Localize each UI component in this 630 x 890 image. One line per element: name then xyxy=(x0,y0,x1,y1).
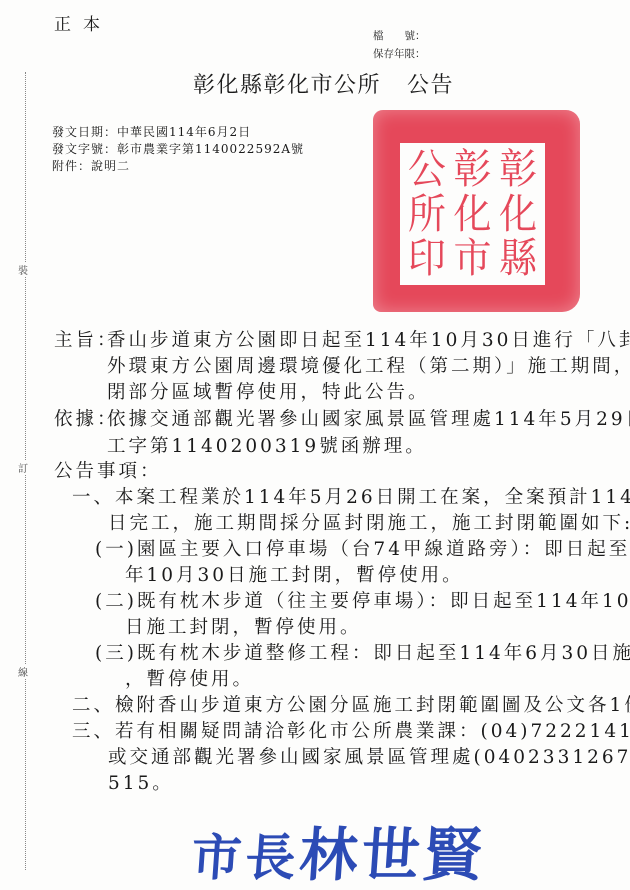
subject-line: 香山步道東方公園即日起至114年10月30日進行「八卦山東 xyxy=(107,328,630,354)
signature-title: 市長 xyxy=(189,829,301,887)
seal-char: 彰 xyxy=(495,145,541,193)
item-3-line: 三、若有相關疑問請洽彰化市公所農業課：(04)7222141分機1507 xyxy=(72,719,630,745)
seal-char: 公 xyxy=(404,145,450,193)
basis-line: 依據交通部觀光署參山國家風景區管理處114年5月29日觀山 xyxy=(107,407,630,433)
document-number: 發文字號：彰市農業字第1140022592A號 xyxy=(52,140,304,157)
subject-line: 外環東方公園周邊環境優化工程（第二期）」施工期間，封 xyxy=(107,354,630,380)
copy-mark: 正本 xyxy=(54,10,112,35)
title-organization: 彰化縣彰化市公所 xyxy=(193,73,381,98)
seal-char: 彰 xyxy=(450,145,496,193)
file-number-label: 檔 號： xyxy=(373,28,426,43)
mayor-signature-stamp: 市長林世賢 xyxy=(189,808,489,890)
item-3-line: 或交通部觀光署參山國家風景區管理處(04023312678分機 xyxy=(108,745,630,771)
binding-label-ding: 訂 xyxy=(18,460,28,475)
retention-period-label: 保存年限： xyxy=(373,46,426,61)
item-3-line: 515。 xyxy=(108,771,174,797)
basis-line: 工字第1140200319號函辦理。 xyxy=(107,434,427,460)
sub-item-1-line: 年10月30日施工封閉，暫停使用。 xyxy=(125,563,464,589)
seal-characters: 彰 化 縣 彰 化 市 公 所 印 xyxy=(404,147,541,281)
items-heading: 公告事項： xyxy=(54,459,162,485)
sub-item-3-line: ，暫停使用。 xyxy=(125,667,254,693)
item-1-line: 一、本案工程業於114年5月26日開工在案，全案預計114年9月22 xyxy=(72,485,630,511)
binding-label-zhuang: 裝 xyxy=(18,262,28,277)
sub-item-2-line: (二)既有枕木步道（往主要停車場）：即日起至114年10月30 xyxy=(95,589,630,615)
binding-label-xian: 線 xyxy=(18,664,28,679)
seal-char: 化 xyxy=(450,190,496,238)
attachment-note: 附件：說明二 xyxy=(52,157,130,174)
sub-item-2-line: 日施工封閉，暫停使用。 xyxy=(125,615,362,641)
title-type: 公告 xyxy=(407,73,454,98)
signature-name: 林世賢 xyxy=(297,821,488,889)
item-2-line: 二、檢附香山步道東方公園分區施工封閉範圍圖及公文各1份。 xyxy=(72,693,630,719)
sub-item-1-line: (一)園區主要入口停車場（台74甲線道路旁）：即日起至114 xyxy=(95,537,630,563)
official-seal: 彰 化 縣 彰 化 市 公 所 印 xyxy=(373,110,580,312)
item-1-line: 日完工，施工期間採分區封閉施工，施工封閉範圍如下: xyxy=(108,511,630,537)
seal-char: 化 xyxy=(495,190,541,238)
seal-char: 市 xyxy=(450,235,496,283)
seal-char: 印 xyxy=(404,235,450,283)
subject-line: 閉部分區域暫停使用，特此公告。 xyxy=(107,380,430,406)
sub-item-3-line: (三)既有枕木步道整修工程：即日起至114年6月30日施工封閉 xyxy=(95,641,630,667)
seal-char: 縣 xyxy=(495,235,541,283)
issue-date: 發文日期：中華民國114年6月2日 xyxy=(52,123,251,140)
page-title: 彰化縣彰化市公所公告 xyxy=(193,68,454,99)
seal-inner-field: 彰 化 縣 彰 化 市 公 所 印 xyxy=(400,143,545,285)
seal-char: 所 xyxy=(404,190,450,238)
